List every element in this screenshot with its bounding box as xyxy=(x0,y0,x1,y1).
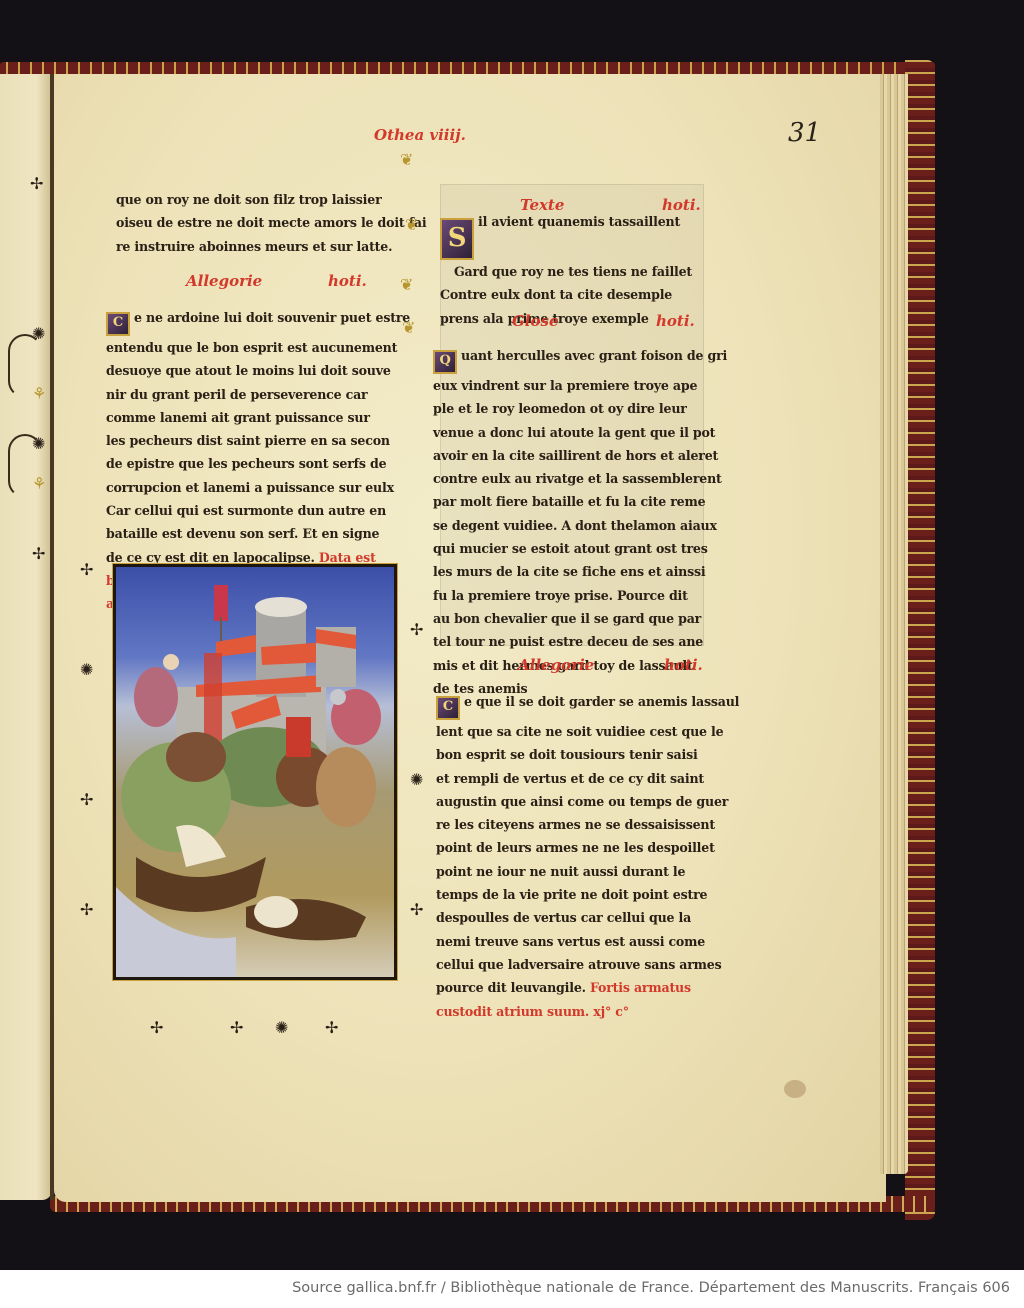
text-line: corrupcion et lanemi a puissance sur eul… xyxy=(106,476,396,499)
vine-leaf-icon: ❦ xyxy=(405,215,418,234)
glose-heading-left: Glose xyxy=(512,312,559,330)
text-line: il avient quanemis tassaillent xyxy=(478,214,680,229)
source-caption: Source gallica.bnf.fr / Bibliothèque nat… xyxy=(292,1280,1010,1296)
text-line: augustin que ainsi come ou temps de guer xyxy=(436,790,716,813)
text-line: tel tour ne puist estre deceu de ses ane xyxy=(433,630,713,653)
text-line: uant herculles avec grant foison de gri xyxy=(461,348,727,363)
text-line: les murs de la cite se fiche ens et ains… xyxy=(433,560,713,583)
text-line: pource dit leuvangile. xyxy=(436,980,586,995)
border-ornament-icon: ✢ xyxy=(410,620,423,639)
text-line: despoulles de vertus car cellui que la xyxy=(436,906,716,929)
border-ornament-icon: ✺ xyxy=(275,1018,288,1037)
border-ornament-icon: ✢ xyxy=(150,1018,163,1037)
text-line: venue a donc lui atoute la gent que il p… xyxy=(433,421,713,444)
text-line: point de leurs armes ne ne les despoille… xyxy=(436,836,716,859)
allegorie-text: Ce que il se doit garder se anemis lassa… xyxy=(436,690,716,1023)
border-ornament-icon: ✺ xyxy=(80,660,93,679)
vine-leaf-icon: ❦ xyxy=(402,318,415,337)
text-line: Gard que roy ne tes tiens ne faillet xyxy=(440,260,710,283)
text-line: comme lanemi ait grant puissance sur xyxy=(106,406,396,429)
text-line: et rempli de vertus et de ce cy dit sain… xyxy=(436,767,716,790)
text-line: cellui que ladversaire atrouve sans arme… xyxy=(436,953,716,976)
left-page-sliver: ✢ ✺ ⚘ ✺ ⚘ ✢ xyxy=(0,74,52,1200)
text-line: temps de la vie prite ne doit point estr… xyxy=(436,883,716,906)
text-line: entendu que le bon esprit est aucunement xyxy=(106,336,396,359)
text-line: e que il se doit garder se anemis lassau… xyxy=(464,694,739,709)
text-line: point ne iour ne nuit aussi durant le xyxy=(436,860,716,883)
text-line: par molt fiere bataille et fu la cite re… xyxy=(433,490,713,513)
parchment-stain xyxy=(784,1080,806,1098)
text-line: oiseu de estre ne doit mecte amors le do… xyxy=(116,211,398,234)
text-line: de ce cy est dit en lapocalipse. xyxy=(106,550,315,565)
folio-number: 31 xyxy=(788,118,821,148)
text-line: Contre eulx dont ta cite desemple xyxy=(440,283,710,306)
source-caption-bar: Source gallica.bnf.fr / Bibliothèque nat… xyxy=(0,1270,1024,1308)
text-line: se degent vuidiee. A dont thelamon aiaux xyxy=(433,514,713,537)
illuminated-initial: Q xyxy=(433,350,457,374)
text-line: nemi treuve sans vertus est aussi come xyxy=(436,930,716,953)
allegorie-heading-left: Allegorie xyxy=(518,656,594,674)
vine-ornament xyxy=(8,334,42,398)
page-edges xyxy=(880,74,908,1174)
border-ornament-icon: ✢ xyxy=(410,900,423,919)
illuminated-initial: C xyxy=(106,312,130,336)
text-line: lent que sa cite ne soit vuidiee cest qu… xyxy=(436,720,716,743)
text-line: e ne ardoine lui doit souvenir puet estr… xyxy=(134,310,410,325)
text-line: desuoye que atout le moins lui doit souv… xyxy=(106,359,396,382)
text-line: que on roy ne doit son filz trop laissie… xyxy=(116,188,398,211)
text-line: de epistre que les pecheurs sont serfs d… xyxy=(106,452,396,475)
text-line: fu la premiere troye prise. Pource dit xyxy=(433,584,713,607)
border-ornament-icon: ✺ xyxy=(410,770,423,789)
text-line: avoir en la cite saillirent de hors et a… xyxy=(433,444,713,467)
glose-text: Quant herculles avec grant foison de gri… xyxy=(433,344,713,700)
text-line: bataille est devenu son serf. Et en sign… xyxy=(106,522,396,545)
allegorie-heading-right: hoti. xyxy=(328,272,367,290)
border-ornament-icon: ✢ xyxy=(325,1018,338,1037)
border-ornament-icon: ✢ xyxy=(80,900,93,919)
vine-leaf-icon: ❦ xyxy=(400,275,413,294)
illuminated-initial: S xyxy=(440,218,474,260)
manuscript-viewer: ✢ ✺ ⚘ ✺ ⚘ ✢ 31 Othea viiij. que on roy n… xyxy=(0,0,1024,1270)
border-ornament-icon: ✢ xyxy=(30,174,43,193)
miniature-siege-of-troy xyxy=(113,564,397,980)
text-line: re instruire aboinnes meurs et sur latte… xyxy=(116,235,398,258)
border-ornament-icon: ✢ xyxy=(230,1018,243,1037)
text-line: ple et le roy leomedon ot oy dire leur xyxy=(433,397,713,420)
latin-quote-line: custodit atrium suum. xj° c° xyxy=(436,1000,716,1023)
border-ornament-icon: ✢ xyxy=(32,544,45,563)
text-line: au bon chevalier que il se gard que par xyxy=(433,607,713,630)
illuminated-initial: C xyxy=(436,696,460,720)
glose-heading-right: hoti. xyxy=(656,312,695,330)
text-line: nir du grant peril de perseverence car xyxy=(106,383,396,406)
text-line: qui mucier se estoit atout grant ost tre… xyxy=(433,537,713,560)
latin-quote-start: Fortis armatus xyxy=(590,980,691,995)
text-line: contre eulx au rivatge et la sassemblere… xyxy=(433,467,713,490)
allegorie-heading-left: Allegorie xyxy=(186,272,262,290)
border-ornament-icon: ✢ xyxy=(80,560,93,579)
text-line: bon esprit se doit tousiours tenir saisi xyxy=(436,743,716,766)
text-line: les pecheurs dist saint pierre en sa sec… xyxy=(106,429,396,452)
miniature-illustration xyxy=(116,567,394,977)
binding-right-edge xyxy=(905,60,935,1220)
vine-leaf-icon: ❦ xyxy=(400,150,413,169)
latin-quote-start: Data est xyxy=(319,550,376,565)
allegorie-heading-right: hoti. xyxy=(664,656,703,674)
left-column-intro: que on roy ne doit son filz trop laissie… xyxy=(116,188,398,258)
border-ornament-icon: ✢ xyxy=(80,790,93,809)
text-line: re les citeyens armes ne se dessaisissen… xyxy=(436,813,716,836)
text-line: eux vindrent sur la premiere troye ape xyxy=(433,374,713,397)
text-line: Car cellui qui est surmonte dun autre en xyxy=(106,499,396,522)
running-head: Othea viiij. xyxy=(374,126,466,144)
vine-ornament xyxy=(8,434,42,498)
